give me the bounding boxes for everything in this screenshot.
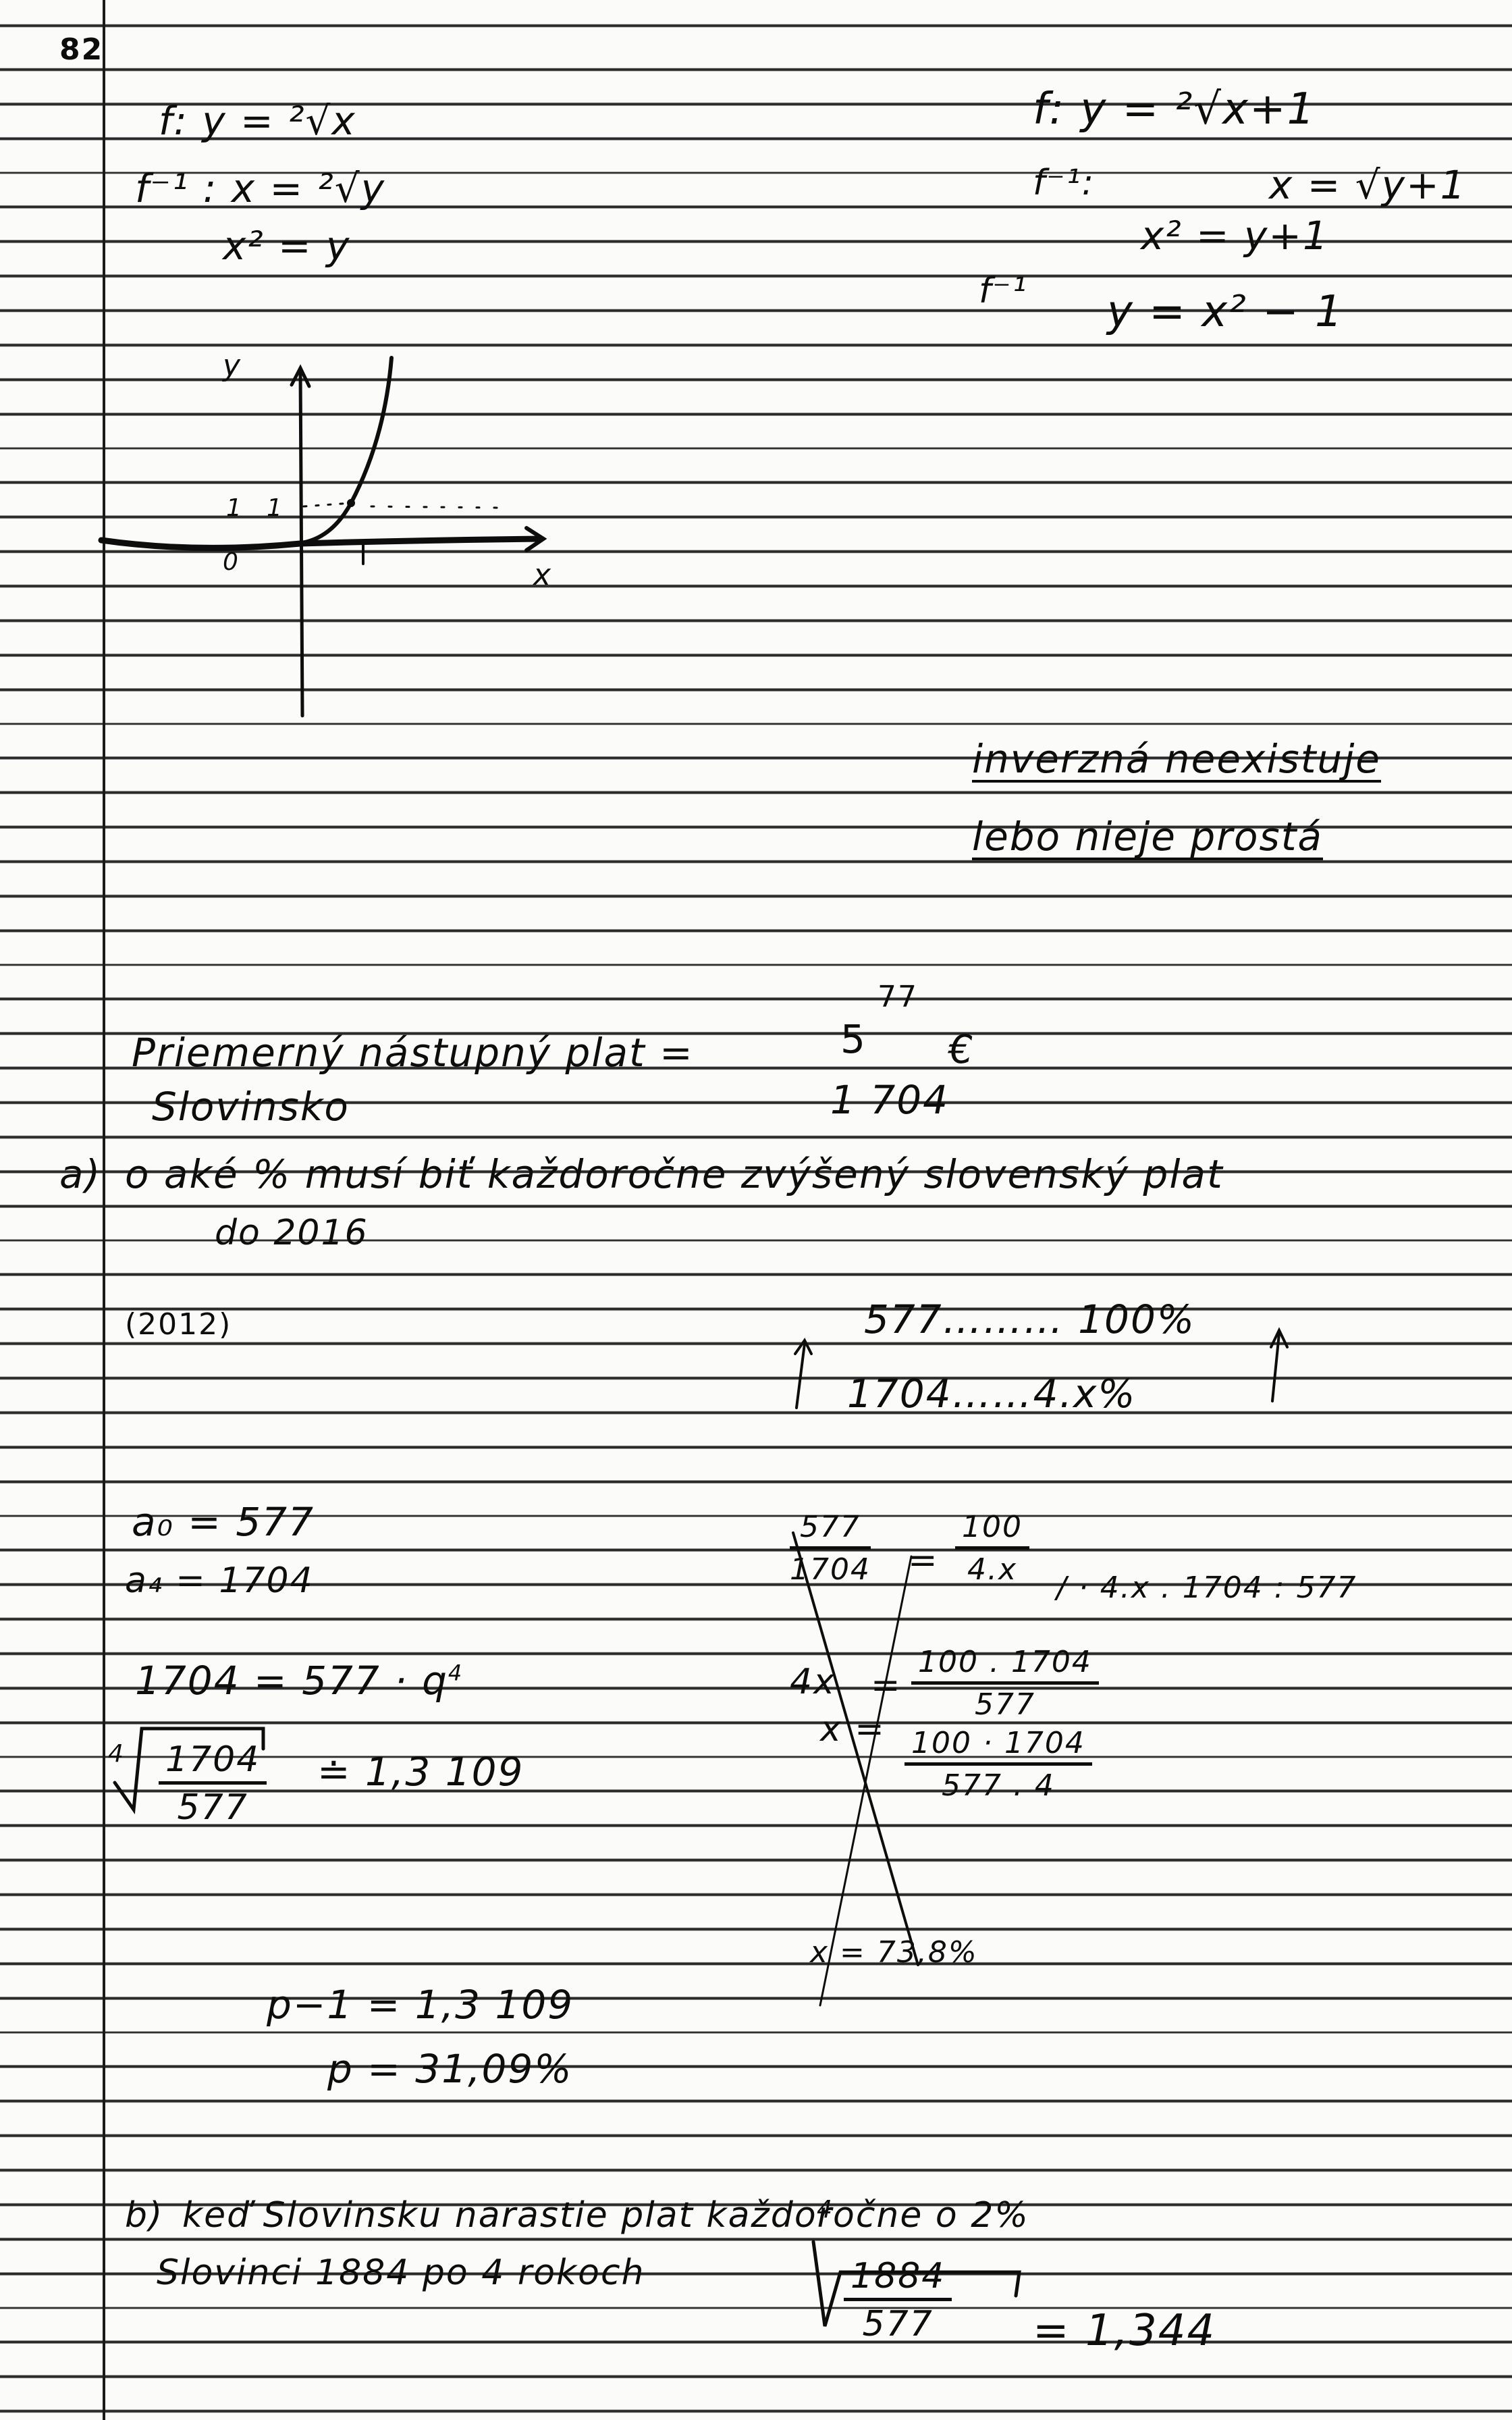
part-b-label: b): [125, 2198, 163, 2233]
root-result: ≐ 1,3 109: [317, 1752, 524, 1791]
problem-slovenia-label: Slovinsko: [152, 1087, 350, 1126]
part-b-fraction: 1884 577: [844, 2259, 952, 2342]
solution-a0: a₀ = 577: [132, 1502, 315, 1542]
problem-salary-value: 5: [840, 1020, 867, 1059]
note-line-1: inverzná neexistuje: [972, 739, 1381, 783]
solution-a4: a₄ = 1704: [125, 1563, 314, 1598]
page-number: 82: [59, 35, 103, 65]
right-inverse-eq: x = √y+1: [1269, 165, 1467, 205]
right-inverse-label: f⁻¹:: [1033, 165, 1095, 201]
right-result-label: f⁻¹: [979, 273, 1028, 309]
graph-y-label: y: [223, 351, 242, 381]
p-result: p = 31,09%: [327, 2049, 572, 2088]
left-step: x² = y: [223, 226, 350, 265]
x-axis: [101, 539, 540, 548]
problem-slovenia-value: 1 704: [830, 1080, 949, 1120]
proportion-arrows: [776, 1317, 1316, 1425]
part-a-question: o aké % musí biť každoročne zvýšený slov…: [125, 1155, 1224, 1194]
graph-x-label: x: [533, 560, 552, 590]
graph-origin-label: 0: [223, 550, 240, 575]
crossed-operation: / · 4.x . 1704 : 577: [1056, 1573, 1357, 1603]
part-a-deadline: do 2016: [215, 1215, 369, 1251]
problem-salary-label: Priemerný nástupný plat =: [132, 1033, 694, 1072]
part-b-result: = 1,344: [1033, 2309, 1216, 2352]
ruled-notebook-page: 82 f: y = ²√x f⁻¹ : x = ²√y x² = y y x 0…: [0, 0, 1512, 2420]
left-function-inverse: f⁻¹ : x = ²√y: [135, 169, 385, 208]
graph-tick-y: 1: [226, 496, 243, 521]
graph-tick-x: 1: [267, 496, 283, 521]
graph-sketch: [94, 338, 567, 743]
right-function-f: f: y = ²√x+1: [1033, 88, 1316, 131]
problem-salary-top: 77: [878, 982, 918, 1012]
left-function-f: f: y = ²√x: [159, 101, 356, 140]
part-b-line2: Slovinci 1884 po 4 rokoch: [157, 2255, 645, 2290]
parabola-curve: [297, 358, 391, 544]
note-line-2: lebo nieje prostá: [972, 817, 1323, 860]
cross-out-strokes: [776, 1499, 979, 2012]
part-a-label: a): [59, 1155, 101, 1194]
p-minus-one: p−1 = 1,3 109: [267, 1985, 574, 2024]
right-result-eq: y = x² − 1: [1107, 290, 1344, 334]
solution-equation: 1704 = 577 · q4: [135, 1661, 463, 1700]
right-step: x² = y+1: [1141, 216, 1329, 255]
problem-currency: €: [948, 1030, 975, 1069]
year-note: (2012): [125, 1310, 232, 1340]
root-fraction: 1704 577: [159, 1742, 267, 1825]
